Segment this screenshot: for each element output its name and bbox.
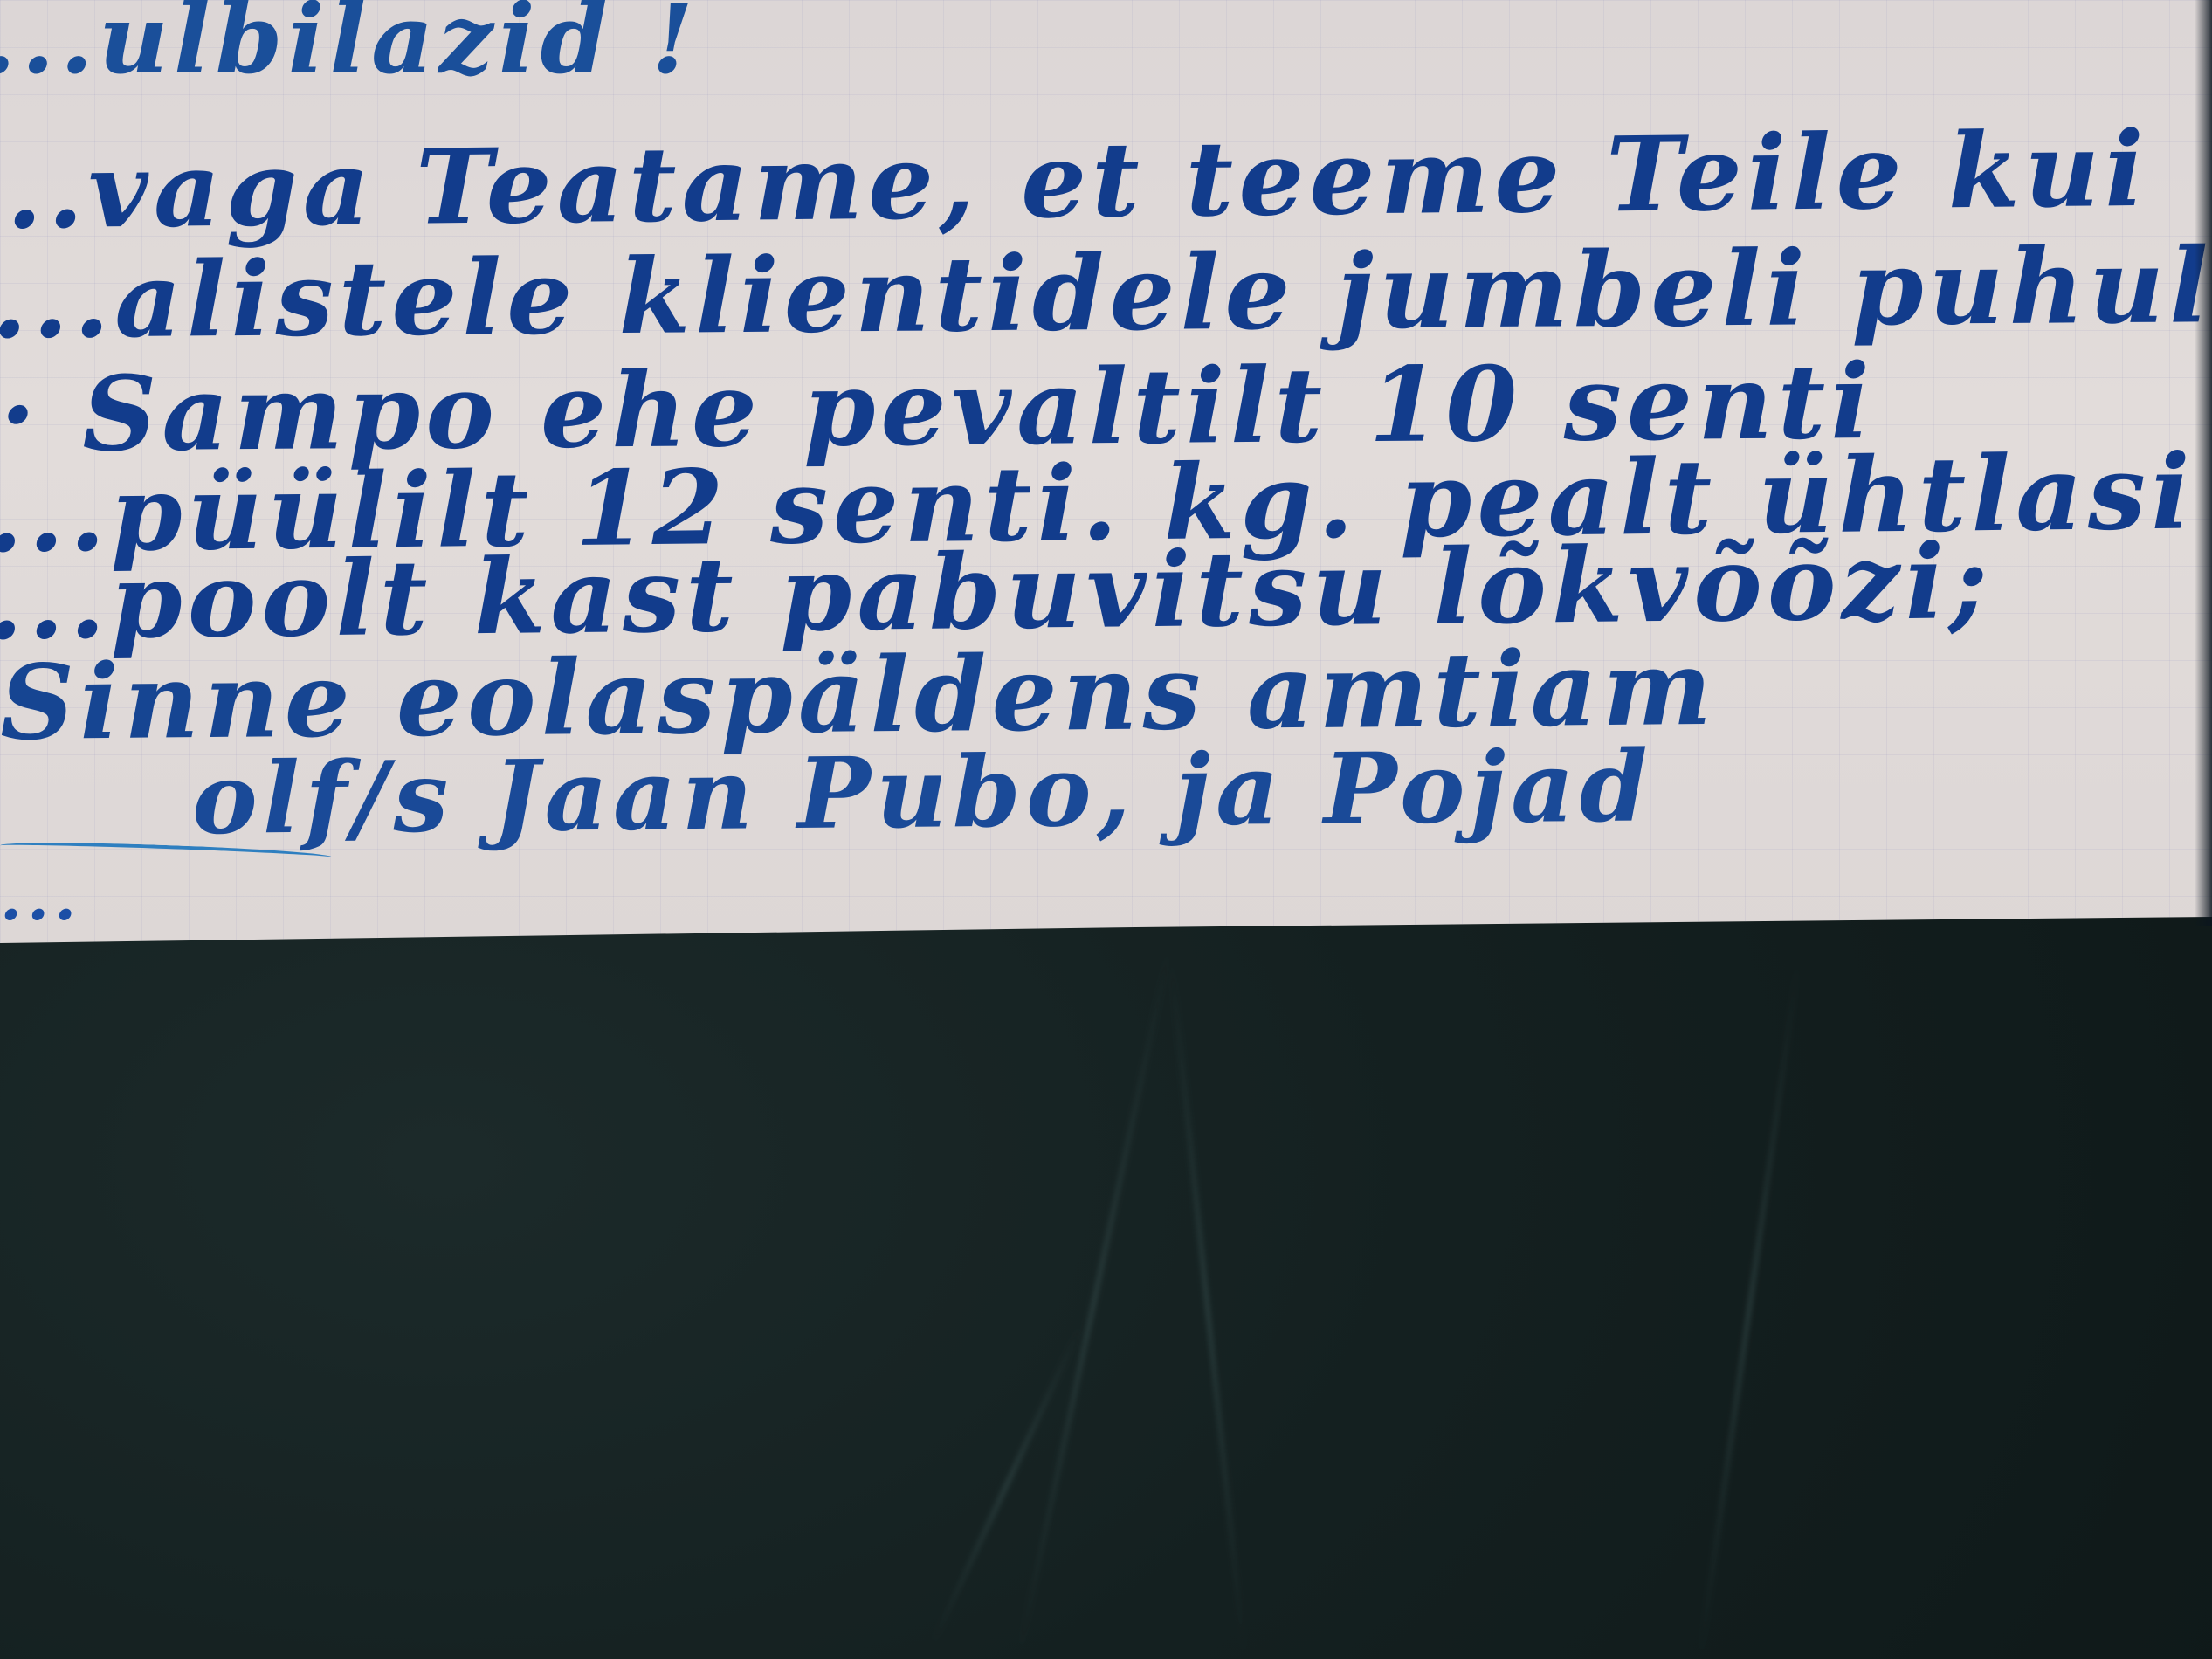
leather-crease [1698,963,1800,1656]
letter-line-2: ...alistele klientidele jumbeli puhul [0,224,2212,361]
leather-crease [1168,962,1247,1657]
letter-line-0: ...ulbilazid ! [0,0,699,95]
letter-signature: olf/s Jaan Pubo, ja Pojad [191,729,1653,857]
leather-crease [931,1325,1083,1643]
paper-edge-shadow [2195,0,2212,926]
photo-scene: ...ulbilazid ! ...vaga Teatame, et teeme… [0,0,2212,1659]
letter-line-8: ... [0,860,81,934]
leather-crease [1017,950,1171,1651]
letter-paper: ...ulbilazid ! ...vaga Teatame, et teeme… [0,0,2212,943]
